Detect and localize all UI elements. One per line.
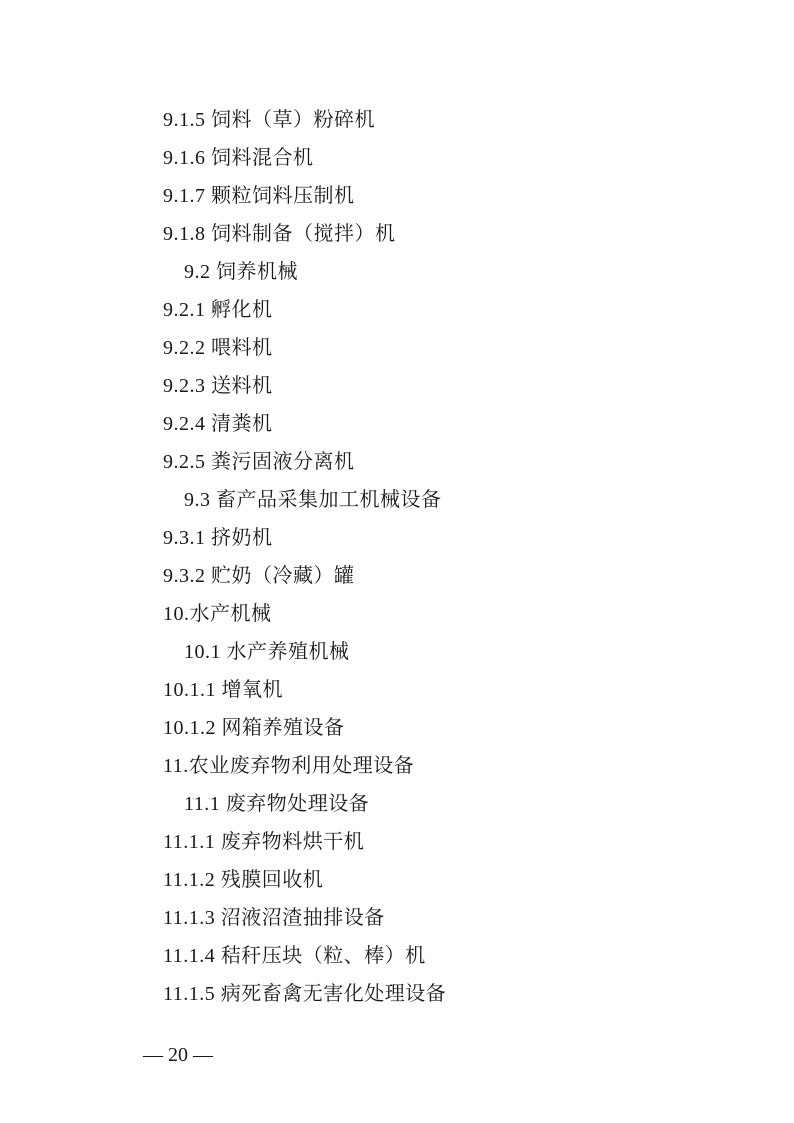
list-item: 9.3.2 贮奶（冷藏）罐 xyxy=(163,560,446,598)
section-heading: 11.1 废弃物处理设备 xyxy=(163,788,446,826)
list-item: 9.1.6 饲料混合机 xyxy=(163,142,446,180)
list-item: 9.2.2 喂料机 xyxy=(163,332,446,370)
list-item: 9.1.7 颗粒饲料压制机 xyxy=(163,180,446,218)
list-item: 9.2.5 粪污固液分离机 xyxy=(163,446,446,484)
page-number: — 20 — xyxy=(143,1040,213,1070)
list-item: 10.1.2 网箱养殖设备 xyxy=(163,712,446,750)
list-item: 9.2.3 送料机 xyxy=(163,370,446,408)
list-item: 9.3.1 挤奶机 xyxy=(163,522,446,560)
list-item: 9.1.5 饲料（草）粉碎机 xyxy=(163,104,446,142)
list-item: 9.2.4 清粪机 xyxy=(163,408,446,446)
list-item: 11.1.3 沼液沼渣抽排设备 xyxy=(163,902,446,940)
list-item: 9.2.1 孵化机 xyxy=(163,294,446,332)
section-heading: 10.1 水产养殖机械 xyxy=(163,636,446,674)
list-item: 11.1.2 残膜回收机 xyxy=(163,864,446,902)
category-heading: 10.水产机械 xyxy=(163,598,446,636)
category-heading: 11.农业废弃物利用处理设备 xyxy=(163,750,446,788)
equipment-list: 9.1.5 饲料（草）粉碎机 9.1.6 饲料混合机 9.1.7 颗粒饲料压制机… xyxy=(163,104,446,1016)
list-item: 9.1.8 饲料制备（搅拌）机 xyxy=(163,218,446,256)
section-heading: 9.3 畜产品采集加工机械设备 xyxy=(163,484,446,522)
list-item: 11.1.1 废弃物料烘干机 xyxy=(163,826,446,864)
document-page: 9.1.5 饲料（草）粉碎机 9.1.6 饲料混合机 9.1.7 颗粒饲料压制机… xyxy=(0,0,794,1123)
list-item: 10.1.1 增氧机 xyxy=(163,674,446,712)
list-item: 11.1.4 秸秆压块（粒、棒）机 xyxy=(163,940,446,978)
list-item: 11.1.5 病死畜禽无害化处理设备 xyxy=(163,978,446,1016)
section-heading: 9.2 饲养机械 xyxy=(163,256,446,294)
